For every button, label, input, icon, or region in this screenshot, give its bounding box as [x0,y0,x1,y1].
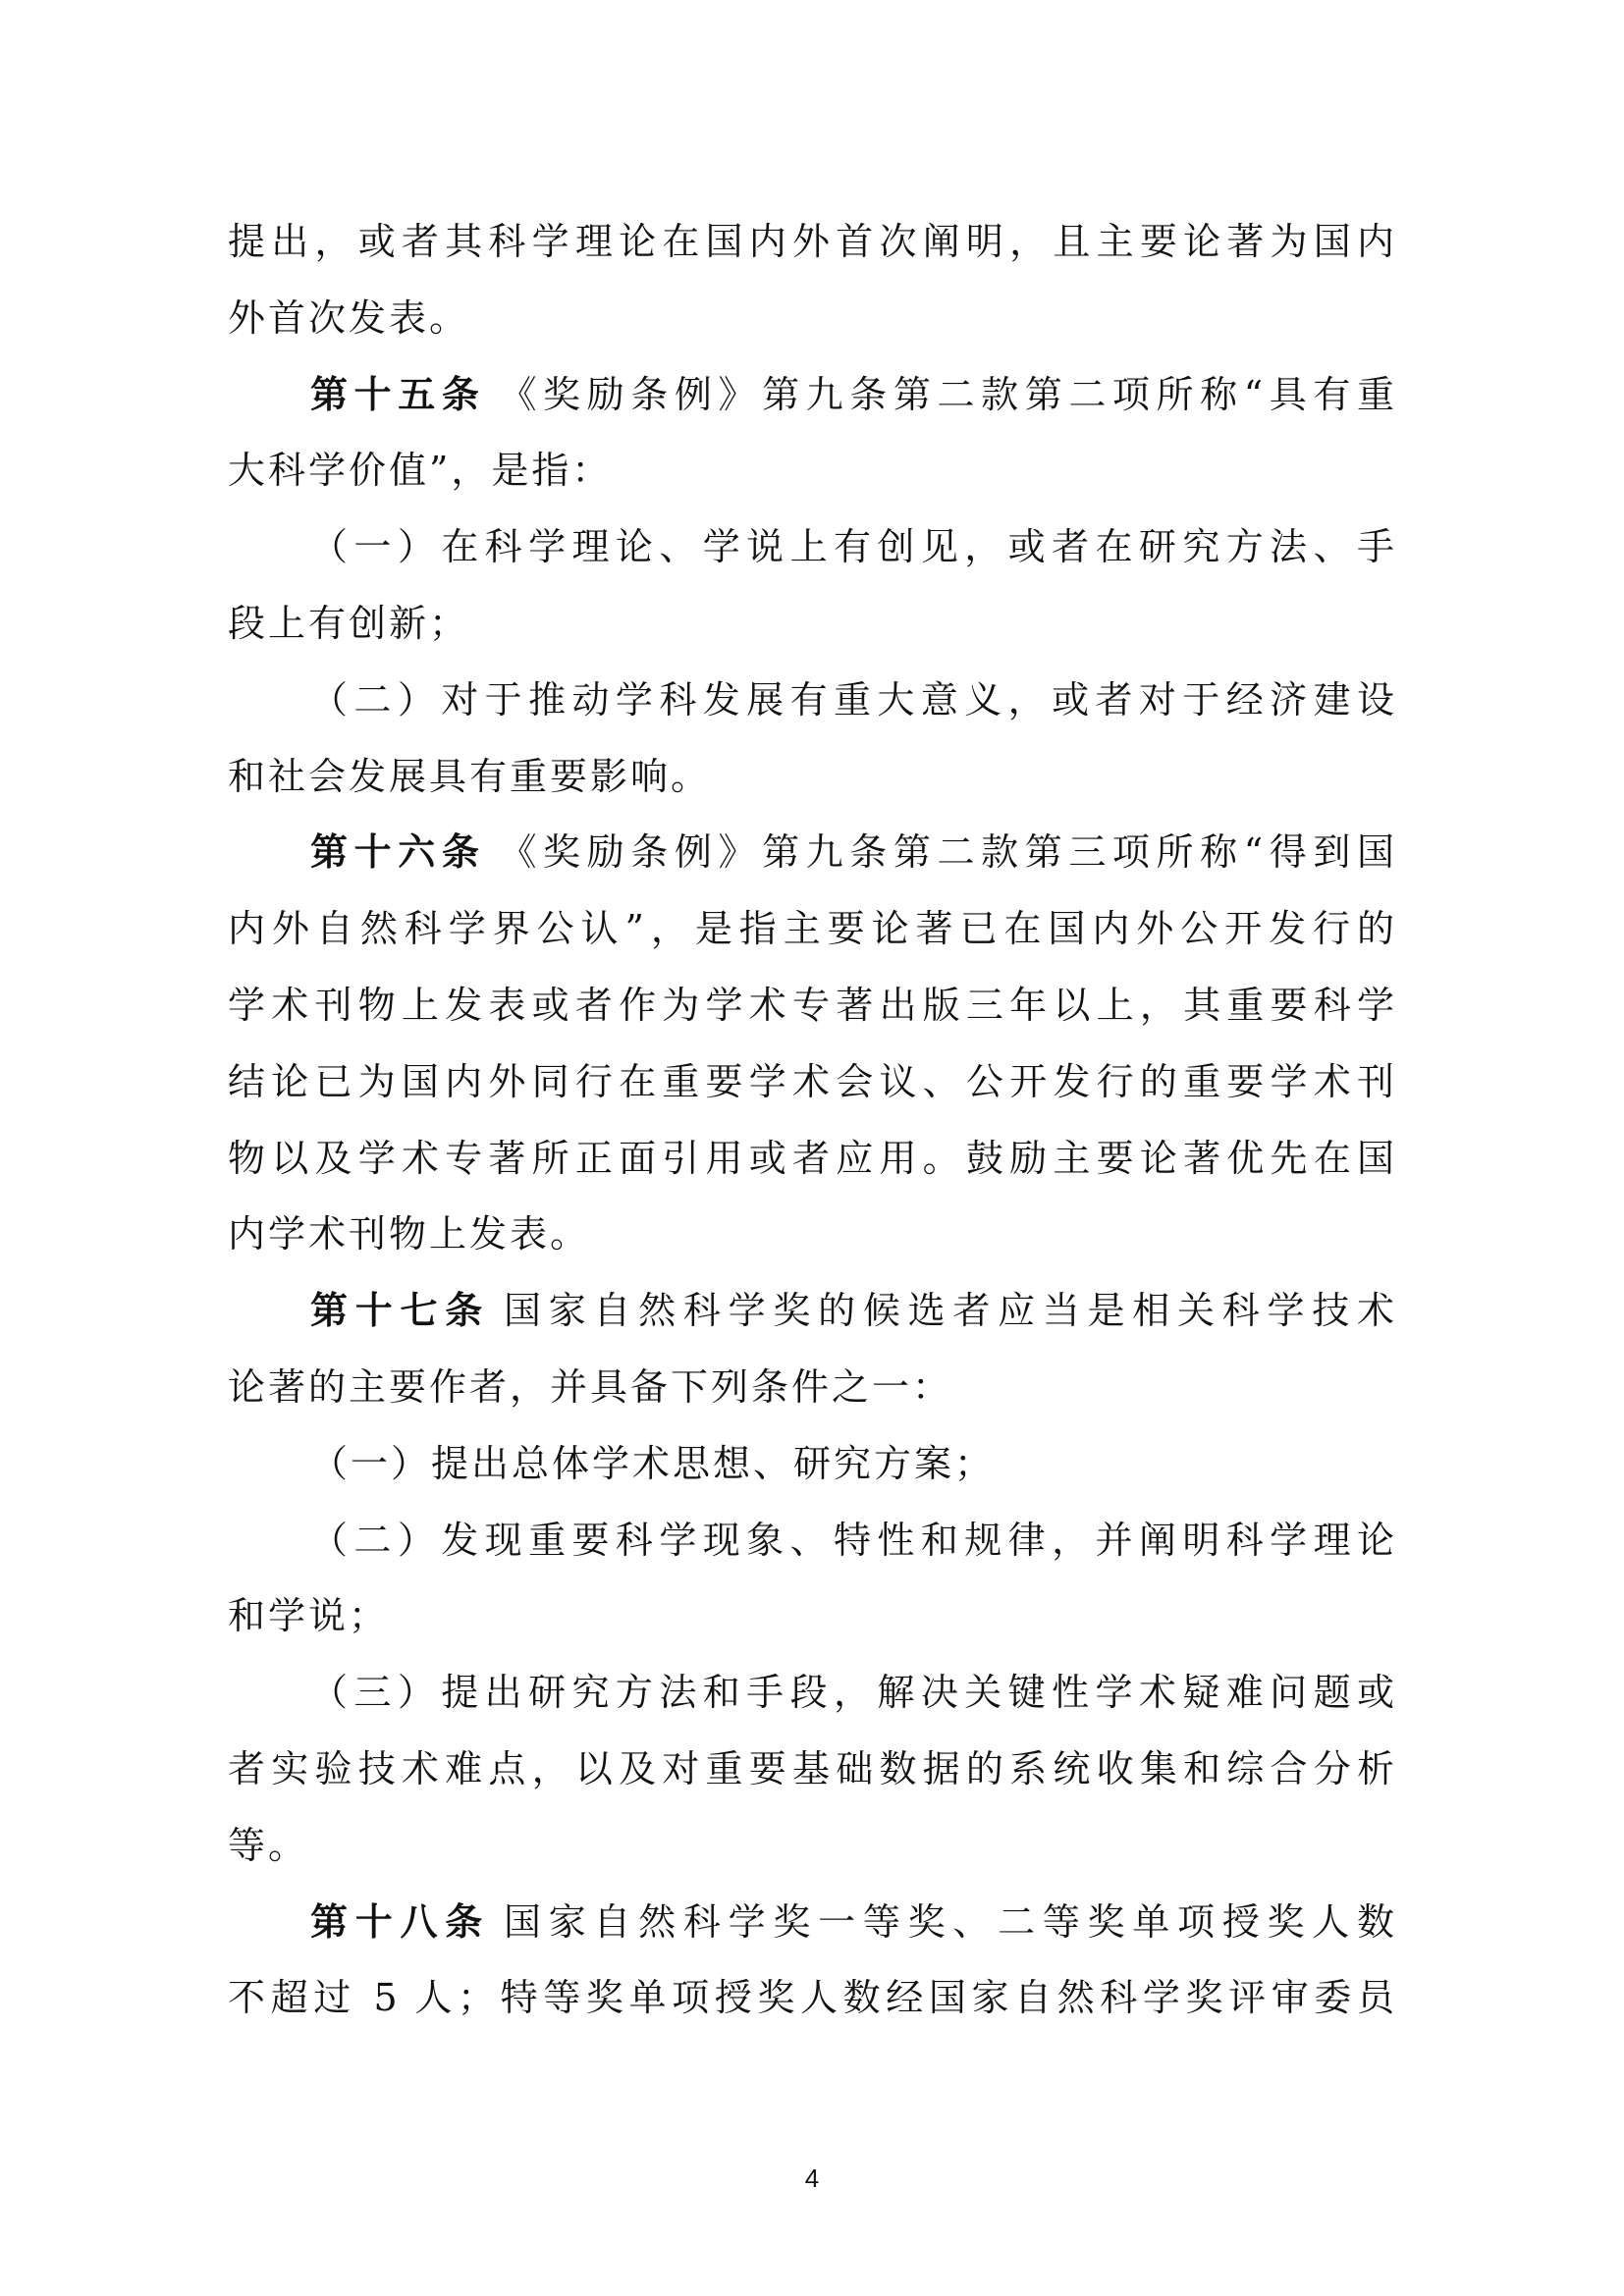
text-line-21: 者实验技术难点，以及对重要基础数据的系统收集和综合分析 [228,1745,1394,1822]
line-text: 和学说； [228,1594,389,1637]
line-text: 等。 [228,1824,308,1867]
text-line-11: 学术刊物上发表或者作为学术专著出版三年以上，其重要科学 [228,982,1394,1058]
text-line-18: （二）发现重要科学现象、特性和规律，并阐明科学理论 [228,1517,1394,1593]
text-line-16: 论著的主要作者，并具备下列条件之一： [228,1363,1394,1440]
article-18-heading-line: 第十八条国家自然科学奖一等奖、二等奖单项授奖人数 [228,1898,1394,1975]
page-number: 4 [0,2163,1624,2194]
line-text: 外首次发表。 [228,296,469,340]
text-line-24: 不超过 5 人；特等奖单项授奖人数经国家自然科学奖评审委员 [228,1974,1394,2051]
article-number-18: 第十八条 [310,1900,490,1944]
line-text: 提出，或者其科学理论在国内外首次阐明，且主要论著为国内 [228,220,1394,263]
text-line-17: （一）提出总体学术思想、研究方案； [228,1440,1394,1517]
line-text: 者实验技术难点，以及对重要基础数据的系统收集和综合分析 [228,1747,1394,1790]
text-line-5: （一）在科学理论、学说上有创见，或者在研究方法、手 [228,523,1394,600]
text-line-12: 结论已为国内外同行在重要学术会议、公开发行的重要学术刊 [228,1058,1394,1135]
line-text: 学术刊物上发表或者作为学术专著出版三年以上，其重要科学 [228,984,1394,1027]
text-line-13: 物以及学术专著所正面引用或者应用。鼓励主要论著优先在国 [228,1135,1394,1211]
document-page: 提出，或者其科学理论在国内外首次阐明，且主要论著为国内 外首次发表。 第十五条《… [0,0,1624,2296]
text-line-10: 内外自然科学界公认”，是指主要论著已在国内外公开发行的 [228,905,1394,982]
text-line-7: （二）对于推动学科发展有重大意义，或者对于经济建设 [228,676,1394,753]
article-17-heading-line: 第十七条国家自然科学奖的候选者应当是相关科学技术 [228,1287,1394,1363]
line-text: 内外自然科学界公认”，是指主要论著已在国内外公开发行的 [228,907,1394,950]
line-text: 大科学价值”，是指： [228,449,612,492]
line-text: 《奖励条例》第九条第二款第三项所称“得到国 [499,830,1394,874]
text-line-2: 外首次发表。 [228,294,1394,371]
line-text: （二）发现重要科学现象、特性和规律，并阐明科学理论 [310,1519,1394,1562]
line-text: （二）对于推动学科发展有重大意义，或者对于经济建设 [310,678,1394,721]
line-text: 段上有创新； [228,602,469,645]
line-text: 不超过 5 人；特等奖单项授奖人数经国家自然科学奖评审委员 [228,1976,1394,2019]
text-line-22: 等。 [228,1822,1394,1898]
article-number-16: 第十六条 [310,830,485,874]
text-line-4: 大科学价值”，是指： [228,447,1394,523]
article-15-heading-line: 第十五条《奖励条例》第九条第二款第二项所称“具有重 [228,371,1394,448]
article-number-15: 第十五条 [310,373,485,416]
line-text: 物以及学术专著所正面引用或者应用。鼓励主要论著优先在国 [228,1137,1394,1180]
line-text: 内学术刊物上发表。 [228,1212,590,1255]
article-16-heading-line: 第十六条《奖励条例》第九条第二款第三项所称“得到国 [228,828,1394,905]
line-text: （一）提出总体学术思想、研究方案； [310,1442,995,1485]
line-text: （一）在科学理论、学说上有创见，或者在研究方法、手 [310,525,1394,568]
line-text: 论著的主要作者，并具备下列条件之一： [228,1365,952,1409]
text-line-19: 和学说； [228,1592,1394,1669]
line-text: 结论已为国内外同行在重要学术会议、公开发行的重要学术刊 [228,1060,1394,1103]
text-line-20: （三）提出研究方法和手段，解决关键性学术疑难问题或 [228,1669,1394,1745]
article-number-17: 第十七条 [310,1289,490,1332]
line-text: 国家自然科学奖一等奖、二等奖单项授奖人数 [504,1900,1395,1944]
text-line-6: 段上有创新； [228,600,1394,676]
document-body: 提出，或者其科学理论在国内外首次阐明，且主要论著为国内 外首次发表。 第十五条《… [228,218,1394,2051]
line-text: 国家自然科学奖的候选者应当是相关科学技术 [504,1289,1395,1332]
line-text: 和社会发展具有重要影响。 [228,755,711,798]
line-text: （三）提出研究方法和手段，解决关键性学术疑难问题或 [310,1671,1394,1714]
line-text: 《奖励条例》第九条第二款第二项所称“具有重 [499,373,1394,416]
text-line-1: 提出，或者其科学理论在国内外首次阐明，且主要论著为国内 [228,218,1394,294]
text-line-14: 内学术刊物上发表。 [228,1210,1394,1287]
text-line-8: 和社会发展具有重要影响。 [228,753,1394,829]
